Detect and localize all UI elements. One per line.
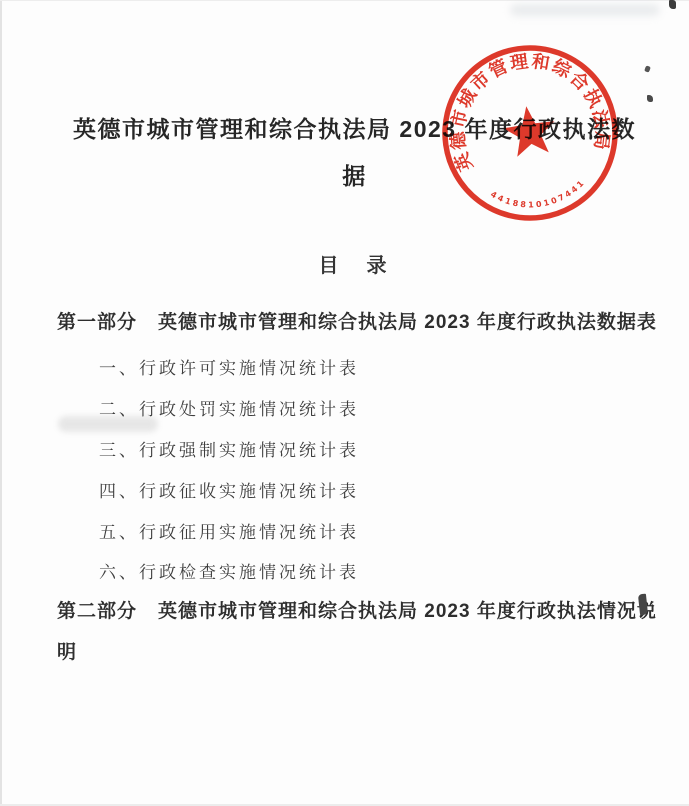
- scan-edge-left: [0, 0, 2, 806]
- toc-part1-title: 英德市城市管理和综合执法局 2023 年度行政执法数据表: [158, 312, 657, 333]
- toc-item-4: 四、行政征收实施情况统计表: [99, 477, 359, 502]
- document-title-line2: 据: [20, 153, 689, 200]
- document-title: 英德市城市管理和综合执法局 2023 年度行政执法数 据: [20, 106, 689, 200]
- toc-part2-heading: 第二部分英德市城市管理和综合执法局 2023 年度行政执法情况说: [57, 596, 659, 623]
- scan-smudge: [510, 4, 660, 16]
- toc-part2-title-line1: 英德市城市管理和综合执法局 2023 年度行政执法情况说: [158, 601, 657, 622]
- toc-part1-heading: 第一部分英德市城市管理和综合执法局 2023 年度行政执法数据表: [57, 307, 659, 334]
- scan-artifact: [669, 0, 676, 9]
- toc-item-1: 一、行政许可实施情况统计表: [99, 354, 359, 379]
- toc-item-2: 二、行政处罚实施情况统计表: [99, 395, 359, 420]
- toc-item-3: 三、行政强制实施情况统计表: [99, 436, 359, 461]
- toc-item-5: 五、行政征用实施情况统计表: [99, 518, 359, 543]
- scan-edge-top: [0, 0, 689, 1]
- toc-item-6: 六、行政检查实施情况统计表: [99, 558, 359, 583]
- toc-part2-label: 第二部分: [57, 601, 137, 622]
- document-title-line1: 英德市城市管理和综合执法局 2023 年度行政执法数: [20, 106, 689, 153]
- toc-heading: 目 录: [20, 249, 689, 278]
- scan-artifact: [647, 95, 653, 102]
- toc-part2-title-line2: 明: [57, 637, 77, 664]
- scan-artifact: [644, 65, 651, 72]
- toc-part1-label: 第一部分: [57, 312, 137, 333]
- document-page: 英德市城市管理和综合执法局 2023 年度行政执法数 据 英德市城市管理和综合执…: [0, 0, 689, 806]
